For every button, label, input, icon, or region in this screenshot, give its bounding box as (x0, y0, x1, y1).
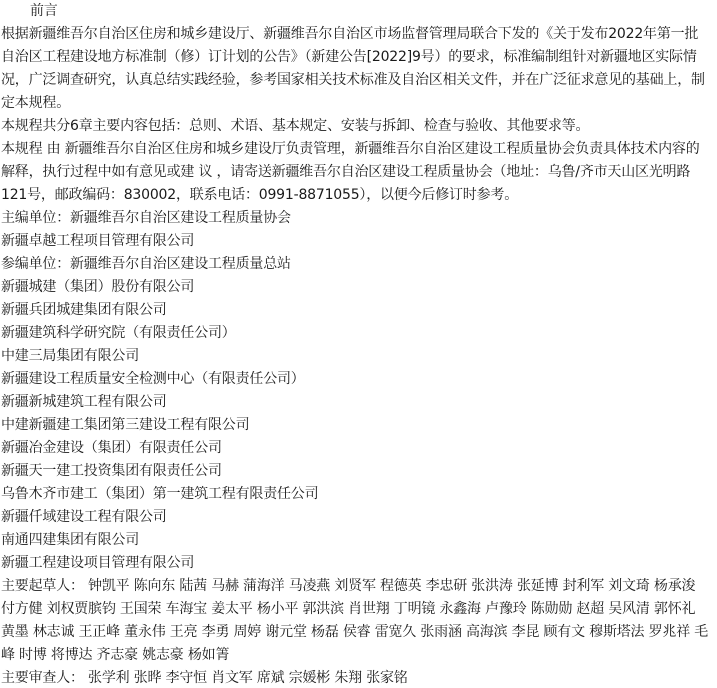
document-page: 前言 根据新疆维吾尔自治区住房和城乡建设厅、新疆维吾尔自治区市场监督管理局联合下… (0, 0, 717, 688)
participating-unit: 南通四建集团有限公司 (0, 529, 717, 552)
intro-line-2: 自治区工程建设地方标准制（修）订计划的公告》（新建公告[2022]9号）的要求，… (0, 46, 717, 69)
participating-unit: 乌鲁木齐市建工（集团）第一建筑工程有限责任公司 (0, 483, 717, 506)
participating-unit: 新疆冶金建设（集团）有限责任公司 (0, 437, 717, 460)
drafters-line-3: 黄墨 林志诚 王正峰 董永伟 王亮 李勇 周婷 谢元堂 杨磊 侯睿 雷宽久 张雨… (0, 621, 717, 644)
intro-line-1: 根据新疆维吾尔自治区住房和城乡建设厅、新疆维吾尔自治区市场监督管理局联合下发的《… (0, 23, 717, 46)
participating-unit: 新疆兵团城建集团有限公司 (0, 299, 717, 322)
management-line-2: 解释，执行过程中如有意见或建 议 ，请寄送新疆维吾尔自治区建设工程质量协会（地址… (0, 161, 717, 184)
management-line-3: 121号，邮政编码：830002，联系电话：0991-8871055），以便今后… (0, 184, 717, 207)
participating-unit: 新疆城建（集团）股份有限公司 (0, 276, 717, 299)
drafters-line-1: 主要起草人： 钟凯平 陈向东 陆茜 马赫 蒲海洋 马凌燕 刘贤军 程德英 李忠研… (0, 575, 717, 598)
intro-line-4: 定本规程。 (0, 92, 717, 115)
drafters-line-4: 峰 时博 将博达 齐志豪 姚志豪 杨如箐 (0, 644, 717, 667)
participating-unit-label: 参编单位：新疆维吾尔自治区建设工程质量总站 (0, 253, 717, 276)
participating-unit: 新疆建设工程质量安全检测中心（有限责任公司） (0, 368, 717, 391)
participating-unit: 新疆仟域建设工程有限公司 (0, 506, 717, 529)
section-title: 前言 (0, 0, 717, 23)
chapters-summary: 本规程共分6章主要内容包括：总则、术语、基本规定、安装与拆卸、检查与验收、其他要… (0, 115, 717, 138)
participating-unit: 中建三局集团有限公司 (0, 345, 717, 368)
chief-editor-co-unit: 新疆卓越工程项目管理有限公司 (0, 230, 717, 253)
participating-unit: 中建新疆建工集团第三建设工程有限公司 (0, 414, 717, 437)
participating-unit: 新疆工程建设项目管理有限公司 (0, 552, 717, 575)
participating-unit: 新疆天一建工投资集团有限责任公司 (0, 460, 717, 483)
chief-editor-unit: 主编单位：新疆维吾尔自治区建设工程质量协会 (0, 207, 717, 230)
intro-line-3: 况，广泛调查研究，认真总结实践经验，参考国家相关技术标准及自治区相关文件，并在广… (0, 69, 717, 92)
reviewers-line: 主要审查人： 张学利 张晔 李守恒 肖文军 席斌 宗媛彬 朱翔 张家铭 (0, 667, 717, 688)
participating-unit: 新疆建筑科学研究院（有限责任公司） (0, 322, 717, 345)
participating-unit: 新疆新城建筑工程有限公司 (0, 391, 717, 414)
management-line-1: 本规程 由 新疆维吾尔自治区住房和城乡建设厅负责管理，新疆维吾尔自治区建设工程质… (0, 138, 717, 161)
drafters-line-2: 付方健 刘权贾膑钧 王国荣 车海宝 姜太平 杨小平 郭洪滨 肖世翔 丁明镜 永鑫… (0, 598, 717, 621)
